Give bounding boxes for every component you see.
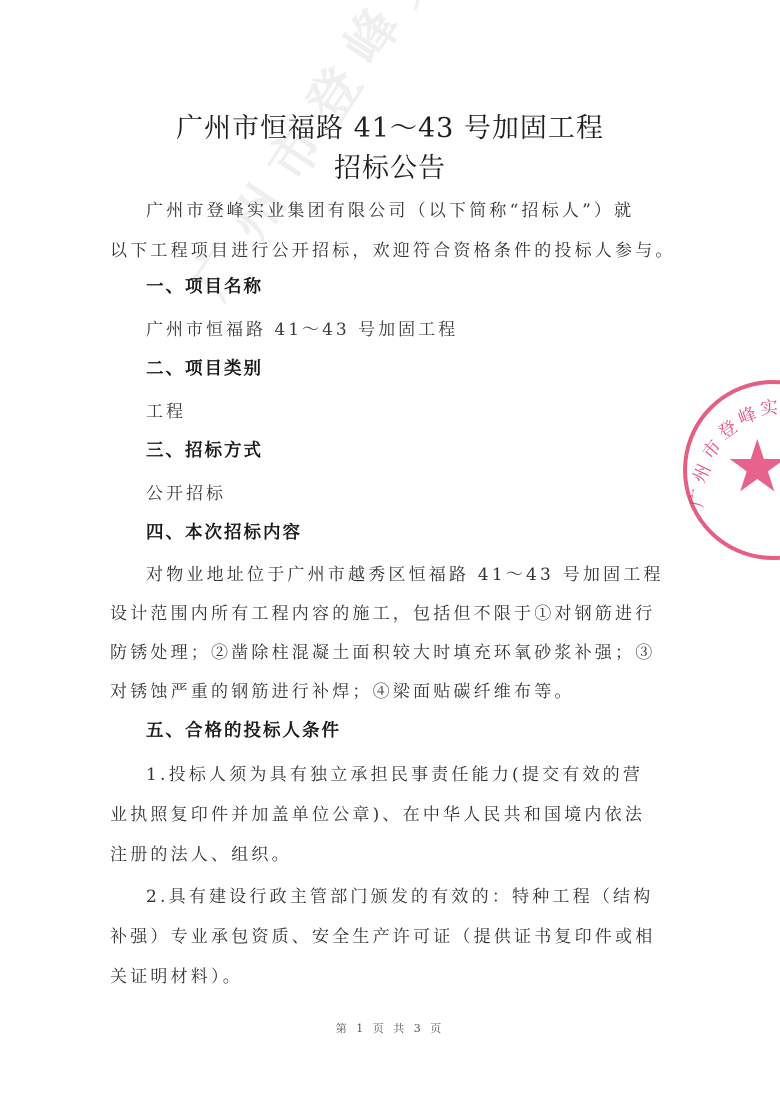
document-page: 广州市登峰实业集团有限公司 广州市恒福路 41～43 号加固工程 招标公告 广州…: [0, 0, 780, 1103]
qualification-line: 注册的法人、组织。: [110, 840, 690, 865]
document-title: 广州市恒福路 41～43 号加固工程: [0, 106, 780, 145]
section-heading-bidding-method: 三、招标方式: [146, 437, 263, 462]
project-category-value: 工程: [146, 397, 186, 422]
page-number-footer: 第 1 页 共 3 页: [0, 1020, 780, 1036]
intro-paragraph-line: 以下工程项目进行公开招标，欢迎符合资格条件的投标人参与。: [110, 236, 690, 261]
section-heading-bidding-content: 四、本次招标内容: [146, 519, 302, 544]
section-heading-project-category: 二、项目类别: [146, 355, 263, 380]
bidding-content-line: 对物业地址位于广州市越秀区恒福路 41～43 号加固工程: [146, 560, 726, 585]
bidding-content-line: 设计范围内所有工程内容的施工，包括但不限于①对钢筋进行: [110, 599, 690, 624]
section-heading-project-name: 一、项目名称: [146, 273, 263, 298]
qualification-line: 业执照复印件并加盖单位公章)、在中华人民共和国境内依法: [110, 800, 690, 825]
qualification-line: 关证明材料）。: [110, 962, 690, 987]
bidding-content-line: 对锈蚀严重的钢筋进行补焊；④梁面贴碳纤维布等。: [110, 677, 690, 702]
project-name-value: 广州市恒福路 41～43 号加固工程: [146, 315, 458, 340]
document-subtitle: 招标公告: [0, 146, 780, 185]
qualification-line: 1.投标人须为具有独立承担民事责任能力(提交有效的营: [146, 760, 726, 785]
intro-paragraph-line: 广州市登峰实业集团有限公司（以下简称“招标人”）就: [146, 196, 726, 221]
qualification-line: 2.具有建设行政主管部门颁发的有效的：特种工程（结构: [146, 882, 726, 907]
bidding-method-value: 公开招标: [146, 479, 226, 504]
seal-text: 广 州 市 登 峰 实: [688, 390, 780, 540]
qualification-line: 补强）专业承包资质、安全生产许可证（提供证书复印件或相: [110, 922, 690, 947]
bidding-content-line: 防锈处理；②凿除柱混凝土面积较大时填充环氧砂浆补强；③: [110, 638, 690, 663]
section-heading-bidder-qualifications: 五、合格的投标人条件: [146, 717, 341, 742]
